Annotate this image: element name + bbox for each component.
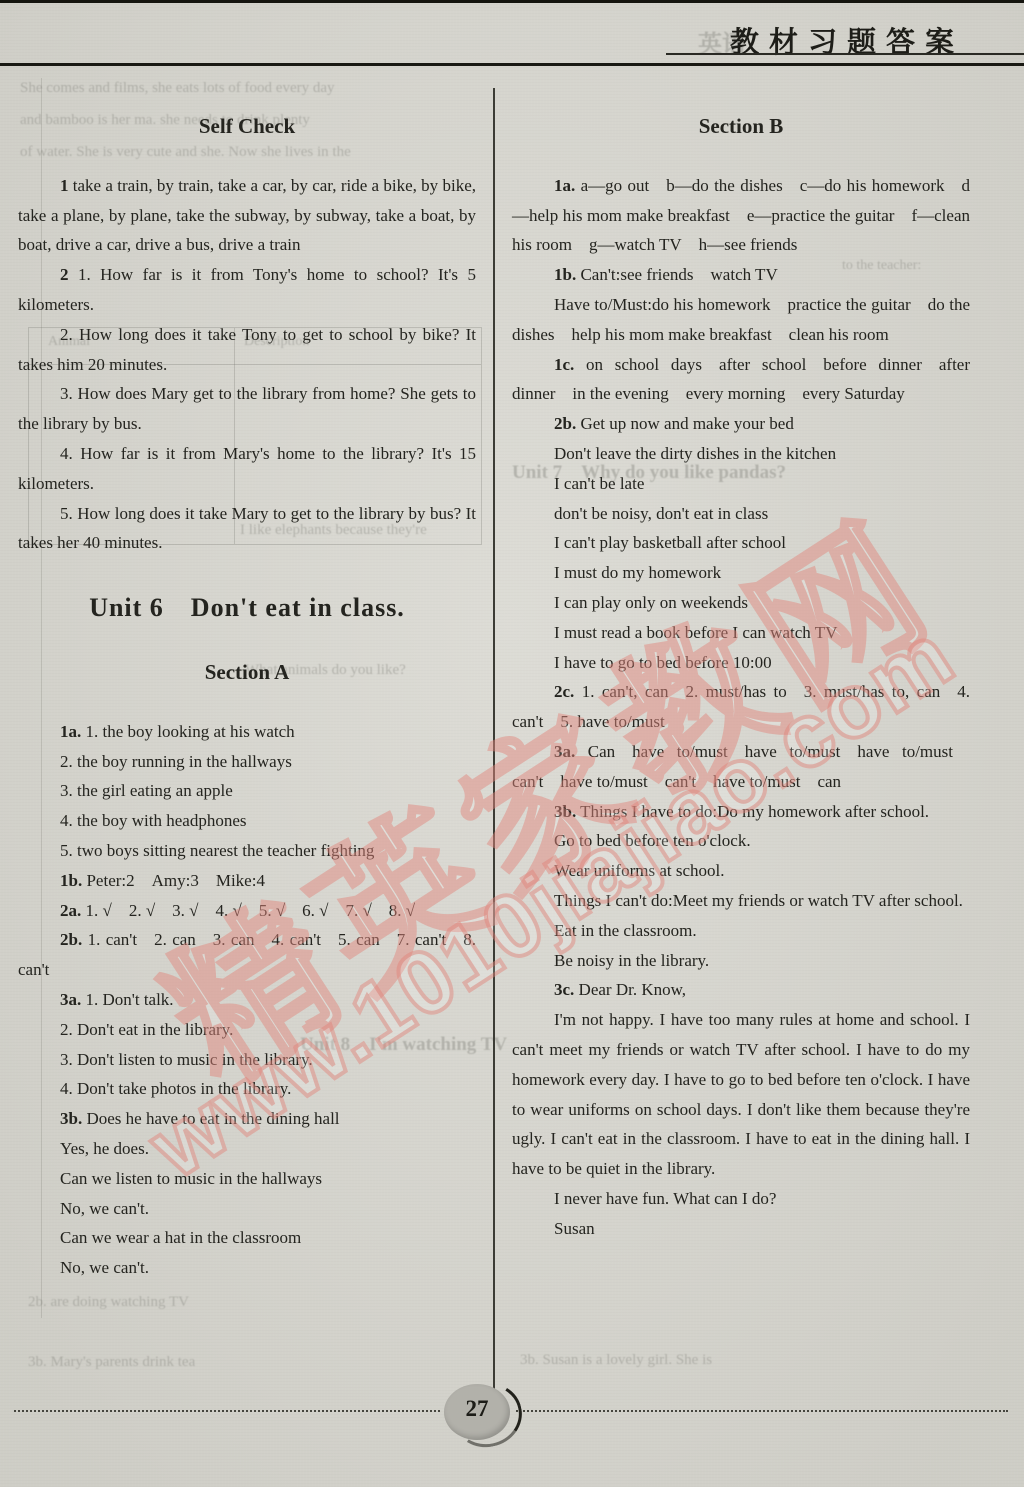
exercise-label: 3b.	[554, 802, 576, 821]
answer-paragraph: 3. Don't listen to music in the library.	[18, 1045, 476, 1075]
answer-paragraph: 3b. Does he have to eat in the dining ha…	[18, 1104, 476, 1134]
answer-paragraph: don't be noisy, don't eat in class	[512, 499, 970, 529]
bleedthrough-text: 3b. Mary's parents drink tea	[28, 1354, 195, 1371]
answer-paragraph: 2b. Get up now and make your bed	[512, 409, 970, 439]
header-title-underline	[666, 53, 1024, 55]
exercise-label: 1a.	[60, 722, 81, 741]
answer-paragraph: 4. How far is it from Mary's home to the…	[18, 439, 476, 499]
answer-paragraph: I must do my homework	[512, 558, 970, 588]
answer-paragraph: I must read a book before I can watch TV	[512, 618, 970, 648]
exercise-label: 1c.	[554, 355, 574, 374]
answer-paragraph: 1 take a train, by train, take a car, by…	[18, 171, 476, 260]
exercise-label: 1b.	[60, 871, 82, 890]
column-divider	[493, 88, 495, 1390]
answer-paragraph: 3. the girl eating an apple	[18, 776, 476, 806]
answer-paragraph: 2. the boy running in the hallways	[18, 747, 476, 777]
answer-paragraph: 2 1. How far is it from Tony's home to s…	[18, 260, 476, 320]
section-heading: Section A	[18, 658, 476, 688]
footer-dotted-line-left	[14, 1410, 440, 1412]
page-number-badge: 27	[442, 1383, 516, 1441]
answer-paragraph: 1b. Can't:see friends watch TV	[512, 260, 970, 290]
answer-paragraph: 1c. on school days after school before d…	[512, 350, 970, 410]
exercise-label: 1b.	[554, 265, 576, 284]
answer-paragraph: Go to bed before ten o'clock.	[512, 826, 970, 856]
exercise-label: 3a.	[60, 990, 81, 1009]
answer-paragraph: I never have fun. What can I do?	[512, 1184, 970, 1214]
answer-paragraph: Yes, he does.	[18, 1134, 476, 1164]
exercise-label: 3b.	[60, 1109, 82, 1128]
answer-paragraph: I can play only on weekends	[512, 588, 970, 618]
answer-paragraph: 2. How long does it take Tony to get to …	[18, 320, 476, 380]
answer-paragraph: Eat in the classroom.	[512, 916, 970, 946]
answer-paragraph: Don't leave the dirty dishes in the kitc…	[512, 439, 970, 469]
answer-paragraph: 1b. Peter:2 Amy:3 Mike:4	[18, 866, 476, 896]
exercise-label: 2b.	[60, 930, 82, 949]
answer-paragraph: 5. How long does it take Mary to get to …	[18, 499, 476, 559]
answer-paragraph: 3a. 1. Don't talk.	[18, 985, 476, 1015]
answer-paragraph: Have to/Must:do his homework practice th…	[512, 290, 970, 350]
answer-paragraph: Things I can't do:Meet my friends or wat…	[512, 886, 970, 916]
answer-paragraph: I can't be late	[512, 469, 970, 499]
left-column: Self Check1 take a train, by train, take…	[18, 100, 476, 1283]
exercise-label: 2c.	[554, 682, 574, 701]
bleedthrough-text: 2b. are doing watching TV	[28, 1294, 189, 1311]
answer-paragraph: 4. the boy with headphones	[18, 806, 476, 836]
answer-paragraph: 2b. 1. can't 2. can 3. can 4. can't 5. c…	[18, 925, 476, 985]
page-top-edge-line	[0, 0, 1024, 3]
answer-paragraph: 3a. Can have to/must have to/must have t…	[512, 737, 970, 797]
answer-paragraph: I have to go to bed before 10:00	[512, 648, 970, 678]
exercise-label: 2b.	[554, 414, 576, 433]
bleedthrough-text: She comes and films, she eats lots of fo…	[20, 80, 335, 97]
header-rule	[0, 63, 1024, 66]
answer-paragraph: I'm not happy. I have too many rules at …	[512, 1005, 970, 1184]
page-number: 27	[442, 1396, 512, 1422]
answer-paragraph: 5. two boys sitting nearest the teacher …	[18, 836, 476, 866]
exercise-label: 2a.	[60, 901, 81, 920]
answer-paragraph: 1a. 1. the boy looking at his watch	[18, 717, 476, 747]
answer-paragraph: Be noisy in the library.	[512, 946, 970, 976]
bleedthrough-text: 3b. Susan is a lovely girl. She is	[520, 1352, 712, 1369]
footer-dotted-line-right	[516, 1410, 1008, 1412]
exercise-label: 3a.	[554, 742, 575, 761]
exercise-label: 2	[60, 265, 69, 284]
answer-paragraph: Can we listen to music in the hallways	[18, 1164, 476, 1194]
exercise-label: 1a.	[554, 176, 575, 195]
answer-paragraph: 3. How does Mary get to the library from…	[18, 379, 476, 439]
section-heading: Section B	[512, 112, 970, 142]
answer-paragraph: 4. Don't take photos in the library.	[18, 1074, 476, 1104]
answer-paragraph: 2c. 1. can't, can 2. must/has to 3. must…	[512, 677, 970, 737]
answer-paragraph: 1a. a—go out b—do the dishes c—do his ho…	[512, 171, 970, 260]
answer-paragraph: No, we can't.	[18, 1194, 476, 1224]
scanned-answer-page: She comes and films, she eats lots of fo…	[0, 0, 1024, 1487]
right-column: Section B1a. a—go out b—do the dishes c—…	[512, 100, 970, 1243]
answer-paragraph: Can we wear a hat in the classroom	[18, 1223, 476, 1253]
exercise-label: 1	[60, 176, 69, 195]
answer-paragraph: 2. Don't eat in the library.	[18, 1015, 476, 1045]
answer-paragraph: Wear uniforms at school.	[512, 856, 970, 886]
answer-paragraph: Susan	[512, 1214, 970, 1244]
answer-paragraph: No, we can't.	[18, 1253, 476, 1283]
answer-paragraph: 3b. Things I have to do:Do my homework a…	[512, 797, 970, 827]
answer-paragraph: 3c. Dear Dr. Know,	[512, 975, 970, 1005]
exercise-label: 3c.	[554, 980, 574, 999]
answer-paragraph: 2a. 1. √ 2. √ 3. √ 4. √ 5. √ 6. √ 7. √ 8…	[18, 896, 476, 926]
unit-heading: Unit 6 Don't eat in class.	[18, 593, 476, 623]
answer-paragraph: I can't play basketball after school	[512, 528, 970, 558]
section-heading: Self Check	[18, 112, 476, 142]
